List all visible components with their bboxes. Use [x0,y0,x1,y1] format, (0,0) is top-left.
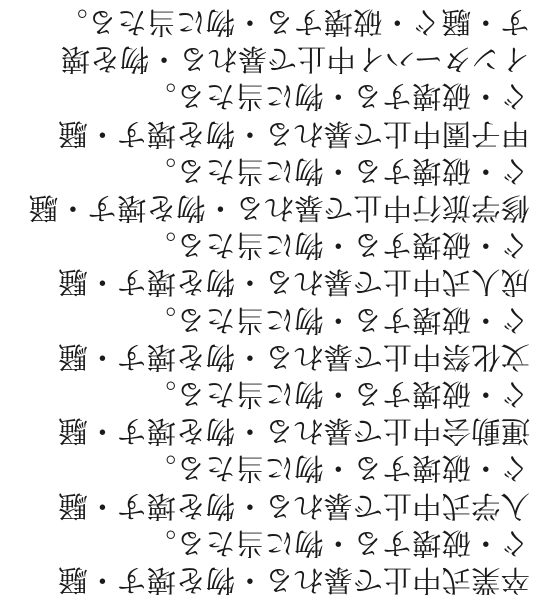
rotated-text-block: 卒業式中止で暴れる・物を壊す・騒 ぐ・破壊する・物に当たる。 入学式中止で暴れる… [6,3,530,598]
text-line: 成人式中止で暴れる・物を壊す・騒 [6,263,530,300]
text-line: ぐ・破壊する・物に当たる。 [6,300,530,337]
text-line: 卒業式中止で暴れる・物を壊す・騒 [6,561,530,598]
text-line: ぐ・破壊する・物に当たる。 [6,152,530,189]
text-line: す・騒ぐ・破壊する・物に当たる。 [6,3,530,40]
text-line: ぐ・破壊する・物に当たる。 [6,375,530,412]
text-line: ぐ・破壊する・物に当たる。 [6,77,530,114]
page: 卒業式中止で暴れる・物を壊す・騒 ぐ・破壊する・物に当たる。 入学式中止で暴れる… [0,0,537,600]
text-line: 甲子園中止で暴れる・物を壊す・騒 [6,114,530,151]
text-line: 運動会中止で暴れる・物を壊す・騒 [6,412,530,449]
text-line: インターハイ中止で暴れる・物を壊 [6,40,530,77]
text-line: ぐ・破壊する・物に当たる。 [6,226,530,263]
text-line: ぐ・破壊する・物に当たる。 [6,524,530,561]
text-line: 修学旅行中止で暴れる・物を壊す・騒 [6,189,530,226]
text-line: ぐ・破壊する・物に当たる。 [6,449,530,486]
text-line: 文化祭中止で暴れる・物を壊す・騒 [6,338,530,375]
text-line: 入学式中止で暴れる・物を壊す・騒 [6,486,530,523]
rotated-sheet: 卒業式中止で暴れる・物を壊す・騒 ぐ・破壊する・物に当たる。 入学式中止で暴れる… [0,0,537,600]
